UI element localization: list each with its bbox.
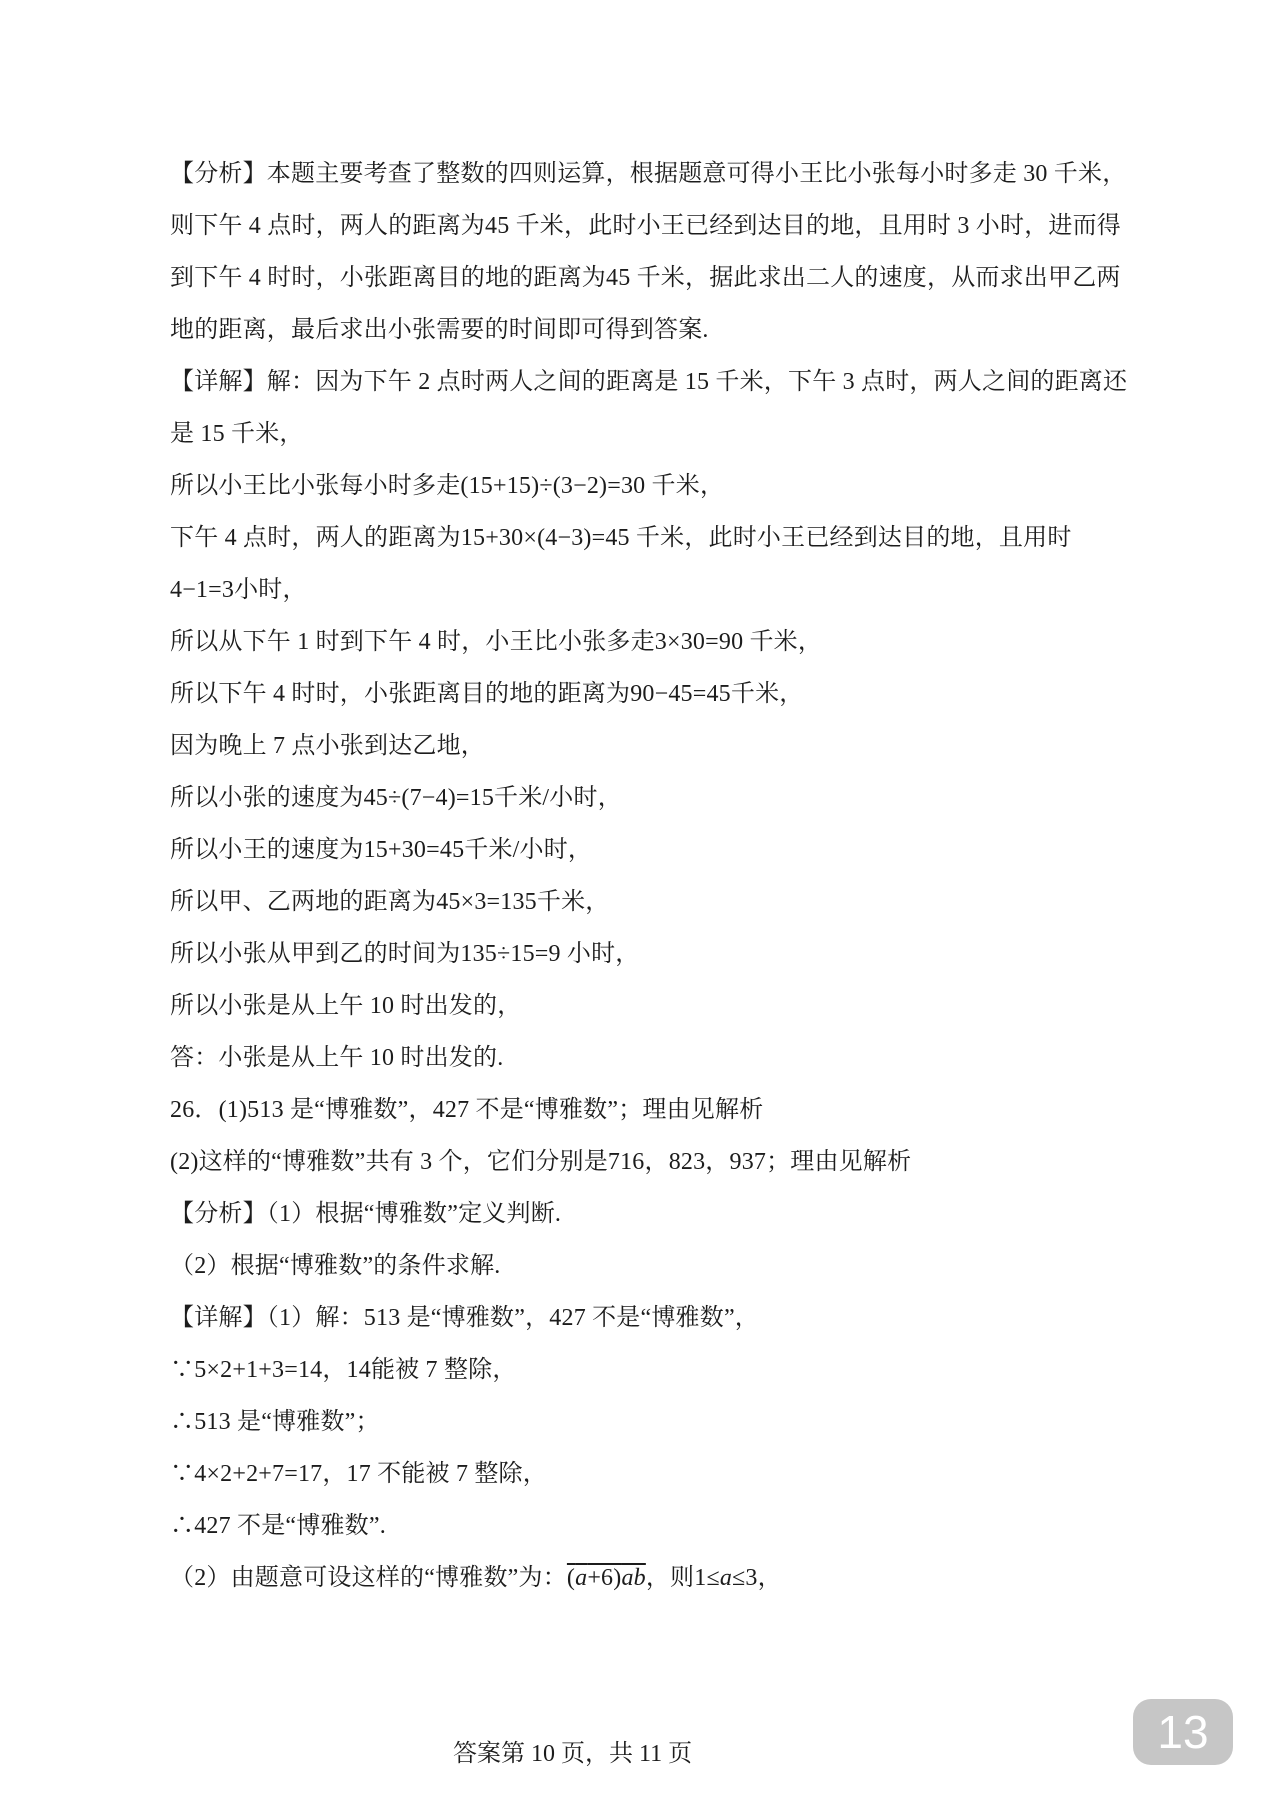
text-segment: 【分析】（1）根据“博雅数”定义判断. xyxy=(170,1201,561,1227)
text-segment: ∴427 不是“博雅数”. xyxy=(170,1513,386,1539)
text-segment: （2）根据“博雅数”的条件求解. xyxy=(170,1253,501,1279)
text-segment: 所以小张的速度为45÷(7−4)=15千米/小时， xyxy=(170,785,622,811)
document-line: 到下午 4 时时，小张距离目的地的距离为45 千米，据此求出二人的速度，从而求出… xyxy=(170,262,1120,295)
document-line: 所以小张的速度为45÷(7−4)=15千米/小时， xyxy=(170,782,1120,815)
text-segment: 所以从下午 1 时到下午 4 时，小王比小张多走3×30=90 千米， xyxy=(170,629,822,655)
text-segment: ∵4×2+2+7=17，17 不能被 7 整除， xyxy=(170,1461,547,1487)
text-segment: 所以小张是从上午 10 时出发的， xyxy=(170,993,521,1019)
document-line: ∴427 不是“博雅数”. xyxy=(170,1510,1120,1543)
document-line: ∴513 是“博雅数”； xyxy=(170,1406,1120,1439)
text-segment: 地的距离，最后求出小张需要的时间即可得到答案. xyxy=(170,317,709,343)
document-content: 【分析】本题主要考查了整数的四则运算，根据题意可得小王比小张每小时多走 30 千… xyxy=(170,158,1120,1614)
text-segment: 所以下午 4 时时，小张距离目的地的距离为90−45=45千米， xyxy=(170,681,803,707)
document-line: 【分析】本题主要考查了整数的四则运算，根据题意可得小王比小张每小时多走 30 千… xyxy=(170,158,1120,191)
document-page: 【分析】本题主要考查了整数的四则运算，根据题意可得小王比小张每小时多走 30 千… xyxy=(0,0,1280,1810)
document-line: 答：小张是从上午 10 时出发的. xyxy=(170,1042,1120,1075)
text-segment: 4−1=3小时， xyxy=(170,577,307,603)
text-segment: 【详解】解：因为下午 2 点时两人之间的距离是 15 千米，下午 3 点时，两人… xyxy=(170,369,1127,395)
text-segment: 所以小王比小张每小时多走(15+15)÷(3−2)=30 千米， xyxy=(170,473,724,499)
text-segment: 答：小张是从上午 10 时出发的. xyxy=(170,1045,503,1071)
text-segment: 因为晚上 7 点小张到达乙地， xyxy=(170,733,485,759)
document-line: 所以下午 4 时时，小张距离目的地的距离为90−45=45千米， xyxy=(170,678,1120,711)
text-segment: 【详解】（1）解：513 是“博雅数”，427 不是“博雅数”， xyxy=(170,1305,759,1331)
text-segment: a xyxy=(720,1565,732,1591)
document-line: 所以小王的速度为15+30=45千米/小时， xyxy=(170,834,1120,867)
text-segment: 下午 4 点时，两人的距离为15+30×(4−3)=45 千米，此时小王已经到达… xyxy=(170,525,1072,551)
math-overline-segment: +6) xyxy=(587,1565,621,1591)
text-segment: 则下午 4 点时，两人的距离为45 千米，此时小王已经到达目的地，且用时 3 小… xyxy=(170,213,1121,239)
document-line: 地的距离，最后求出小张需要的时间即可得到答案. xyxy=(170,314,1120,347)
math-overline-segment: ( xyxy=(567,1565,575,1591)
document-line: 4−1=3小时， xyxy=(170,574,1120,607)
text-segment: ，则1≤ xyxy=(646,1565,720,1591)
document-line: 所以小张是从上午 10 时出发的， xyxy=(170,990,1120,1023)
document-line: 【详解】解：因为下午 2 点时两人之间的距离是 15 千米，下午 3 点时，两人… xyxy=(170,366,1120,399)
text-segment: ≤3， xyxy=(732,1565,782,1591)
text-segment: 所以小张从甲到乙的时间为135÷15=9 小时， xyxy=(170,941,640,967)
text-segment: 所以甲、乙两地的距离为45×3=135千米， xyxy=(170,889,609,915)
document-line: （2）根据“博雅数”的条件求解. xyxy=(170,1250,1120,1283)
text-segment: ∴513 是“博雅数”； xyxy=(170,1409,380,1435)
document-line: 所以小王比小张每小时多走(15+15)÷(3−2)=30 千米， xyxy=(170,470,1120,503)
text-segment: 26．(1)513 是“博雅数”，427 不是“博雅数”；理由见解析 xyxy=(170,1097,763,1123)
page-number-badge: 13 xyxy=(1133,1699,1233,1765)
text-segment: 所以小王的速度为15+30=45千米/小时， xyxy=(170,837,592,863)
math-overline-segment: a xyxy=(575,1565,587,1591)
document-line: ∵4×2+2+7=17，17 不能被 7 整除， xyxy=(170,1458,1120,1491)
document-line: 所以甲、乙两地的距离为45×3=135千米， xyxy=(170,886,1120,919)
document-line: 则下午 4 点时，两人的距离为45 千米，此时小王已经到达目的地，且用时 3 小… xyxy=(170,210,1120,243)
text-segment: 【分析】本题主要考查了整数的四则运算，根据题意可得小王比小张每小时多走 30 千… xyxy=(170,161,1126,187)
document-line: （2）由题意可设这样的“博雅数”为：(a+6)ab，则1≤a≤3， xyxy=(170,1562,1120,1595)
math-overline-segment: ab xyxy=(621,1565,645,1591)
document-line: 所以从下午 1 时到下午 4 时，小王比小张多走3×30=90 千米， xyxy=(170,626,1120,659)
document-line: 所以小张从甲到乙的时间为135÷15=9 小时， xyxy=(170,938,1120,971)
footer-page-info: 答案第 10 页，共 11 页 xyxy=(453,1733,692,1768)
document-line: 【分析】（1）根据“博雅数”定义判断. xyxy=(170,1198,1120,1231)
text-segment: (2)这样的“博雅数”共有 3 个，它们分别是716，823，937；理由见解析 xyxy=(170,1149,911,1175)
document-line: 是 15 千米， xyxy=(170,418,1120,451)
text-segment: 是 15 千米， xyxy=(170,421,304,447)
document-line: 因为晚上 7 点小张到达乙地， xyxy=(170,730,1120,763)
document-line: ∵5×2+1+3=14，14能被 7 整除， xyxy=(170,1354,1120,1387)
text-segment: 到下午 4 时时，小张距离目的地的距离为45 千米，据此求出二人的速度，从而求出… xyxy=(170,265,1121,291)
document-line: 【详解】（1）解：513 是“博雅数”，427 不是“博雅数”， xyxy=(170,1302,1120,1335)
document-line: (2)这样的“博雅数”共有 3 个，它们分别是716，823，937；理由见解析 xyxy=(170,1146,1120,1179)
text-segment: （2）由题意可设这样的“博雅数”为： xyxy=(170,1565,567,1591)
text-segment: ∵5×2+1+3=14，14能被 7 整除， xyxy=(170,1357,517,1383)
document-line: 26．(1)513 是“博雅数”，427 不是“博雅数”；理由见解析 xyxy=(170,1094,1120,1127)
document-line: 下午 4 点时，两人的距离为15+30×(4−3)=45 千米，此时小王已经到达… xyxy=(170,522,1120,555)
